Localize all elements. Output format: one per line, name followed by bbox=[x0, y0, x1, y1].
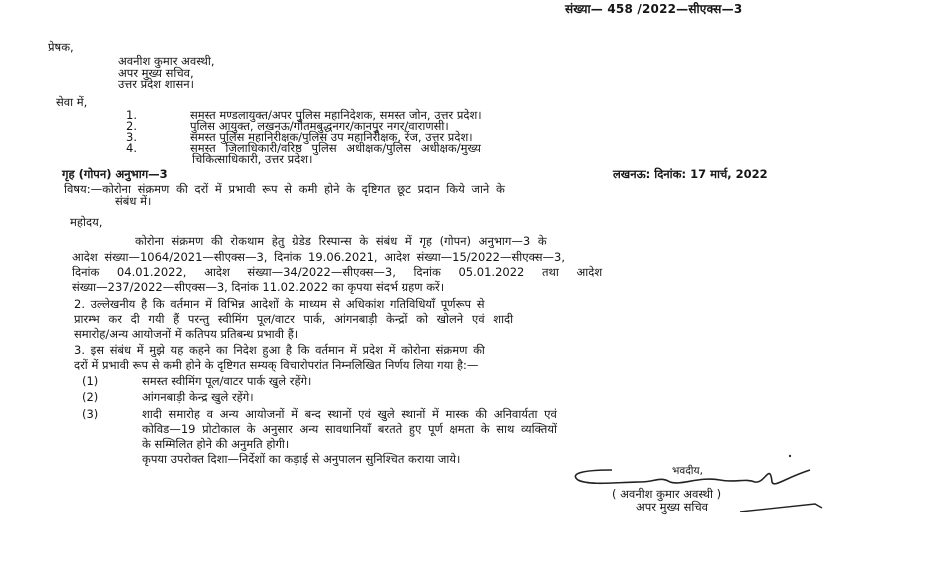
department-heading: गृह (गोपन) अनुभाग—3 bbox=[62, 167, 168, 181]
paragraph-3-line: 3. इस संबंध में मुझे यह कहने का निदेश हु… bbox=[74, 343, 485, 357]
paragraph-2-line: 2. उल्लेखनीय है कि वर्तमान में विभिन्न आ… bbox=[74, 297, 484, 311]
decision-number: (1) bbox=[82, 374, 98, 388]
paragraph-3-line: दरों में प्रभावी रूप से कमी होने के दृष्… bbox=[74, 358, 478, 372]
paragraph-1-line: संख्या—237/2022—सीएक्स—3, दिनांक 11.02.2… bbox=[72, 280, 444, 294]
paragraph-1-line: दिनांक 04.01.2022, आदेश संख्या—34/2022—स… bbox=[72, 265, 602, 279]
decision-text: आंगनबाड़ी केन्द्र खुले रहेंगे। bbox=[142, 390, 254, 404]
reference-number: संख्या— 458 /2022—सीएक्स—3 bbox=[565, 2, 742, 16]
signatory-name: ( अवनीश कुमार अवस्थी ) bbox=[612, 487, 721, 501]
signatory-designation: अपर मुख्य सचिव bbox=[636, 500, 708, 514]
decision-text: शादी समारोह व अन्य आयोजनों में बन्द स्था… bbox=[142, 407, 557, 421]
sender-office: उत्तर प्रदेश शासन। bbox=[118, 77, 194, 91]
recipients-label: सेवा में, bbox=[56, 95, 87, 109]
decision-text: कोविड—19 प्रोटोकाल के अनुसार अन्य सावधान… bbox=[142, 422, 557, 436]
sender-label: प्रेषक, bbox=[48, 40, 74, 54]
paragraph-2-line: प्रारम्भ कर दी गयी हैं परन्तु स्वीमिंग प… bbox=[74, 312, 513, 326]
recipient-text-continued: चिकित्साधिकारी, उत्तर प्रदेश। bbox=[192, 152, 312, 166]
decision-number: (2) bbox=[82, 390, 98, 404]
paragraph-1-line: कोरोना संक्रमण की रोकथाम हेतु ग्रेडेड रि… bbox=[135, 234, 547, 248]
paragraph-1-line: आदेश संख्या—1064/2021—सीएक्स—3, दिनांक 1… bbox=[72, 250, 565, 264]
place-date: लखनऊ: दिनांक: 17 मार्च, 2022 bbox=[613, 167, 768, 181]
government-order-letter: संख्या— 458 /2022—सीएक्स—3 प्रेषक, अवनीश… bbox=[0, 0, 930, 567]
decision-text: समस्त स्वीमिंग पूल/वाटर पार्क खुले रहेंग… bbox=[142, 374, 311, 388]
paragraph-2-line: समारोह/अन्य आयोजनों में कतिपय प्रतिबन्ध … bbox=[74, 327, 298, 341]
recipient-number: 4. bbox=[126, 141, 137, 155]
subject-line-continued: संबंध में। bbox=[115, 194, 151, 208]
decision-text: के सम्मिलित होने की अनुमति होगी। bbox=[142, 437, 289, 451]
decision-number: (3) bbox=[82, 407, 98, 421]
salutation: महोदय, bbox=[70, 215, 102, 229]
closing-instruction: कृपया उपरोक्त दिशा—निर्देशों का कड़ाई से… bbox=[142, 452, 460, 466]
